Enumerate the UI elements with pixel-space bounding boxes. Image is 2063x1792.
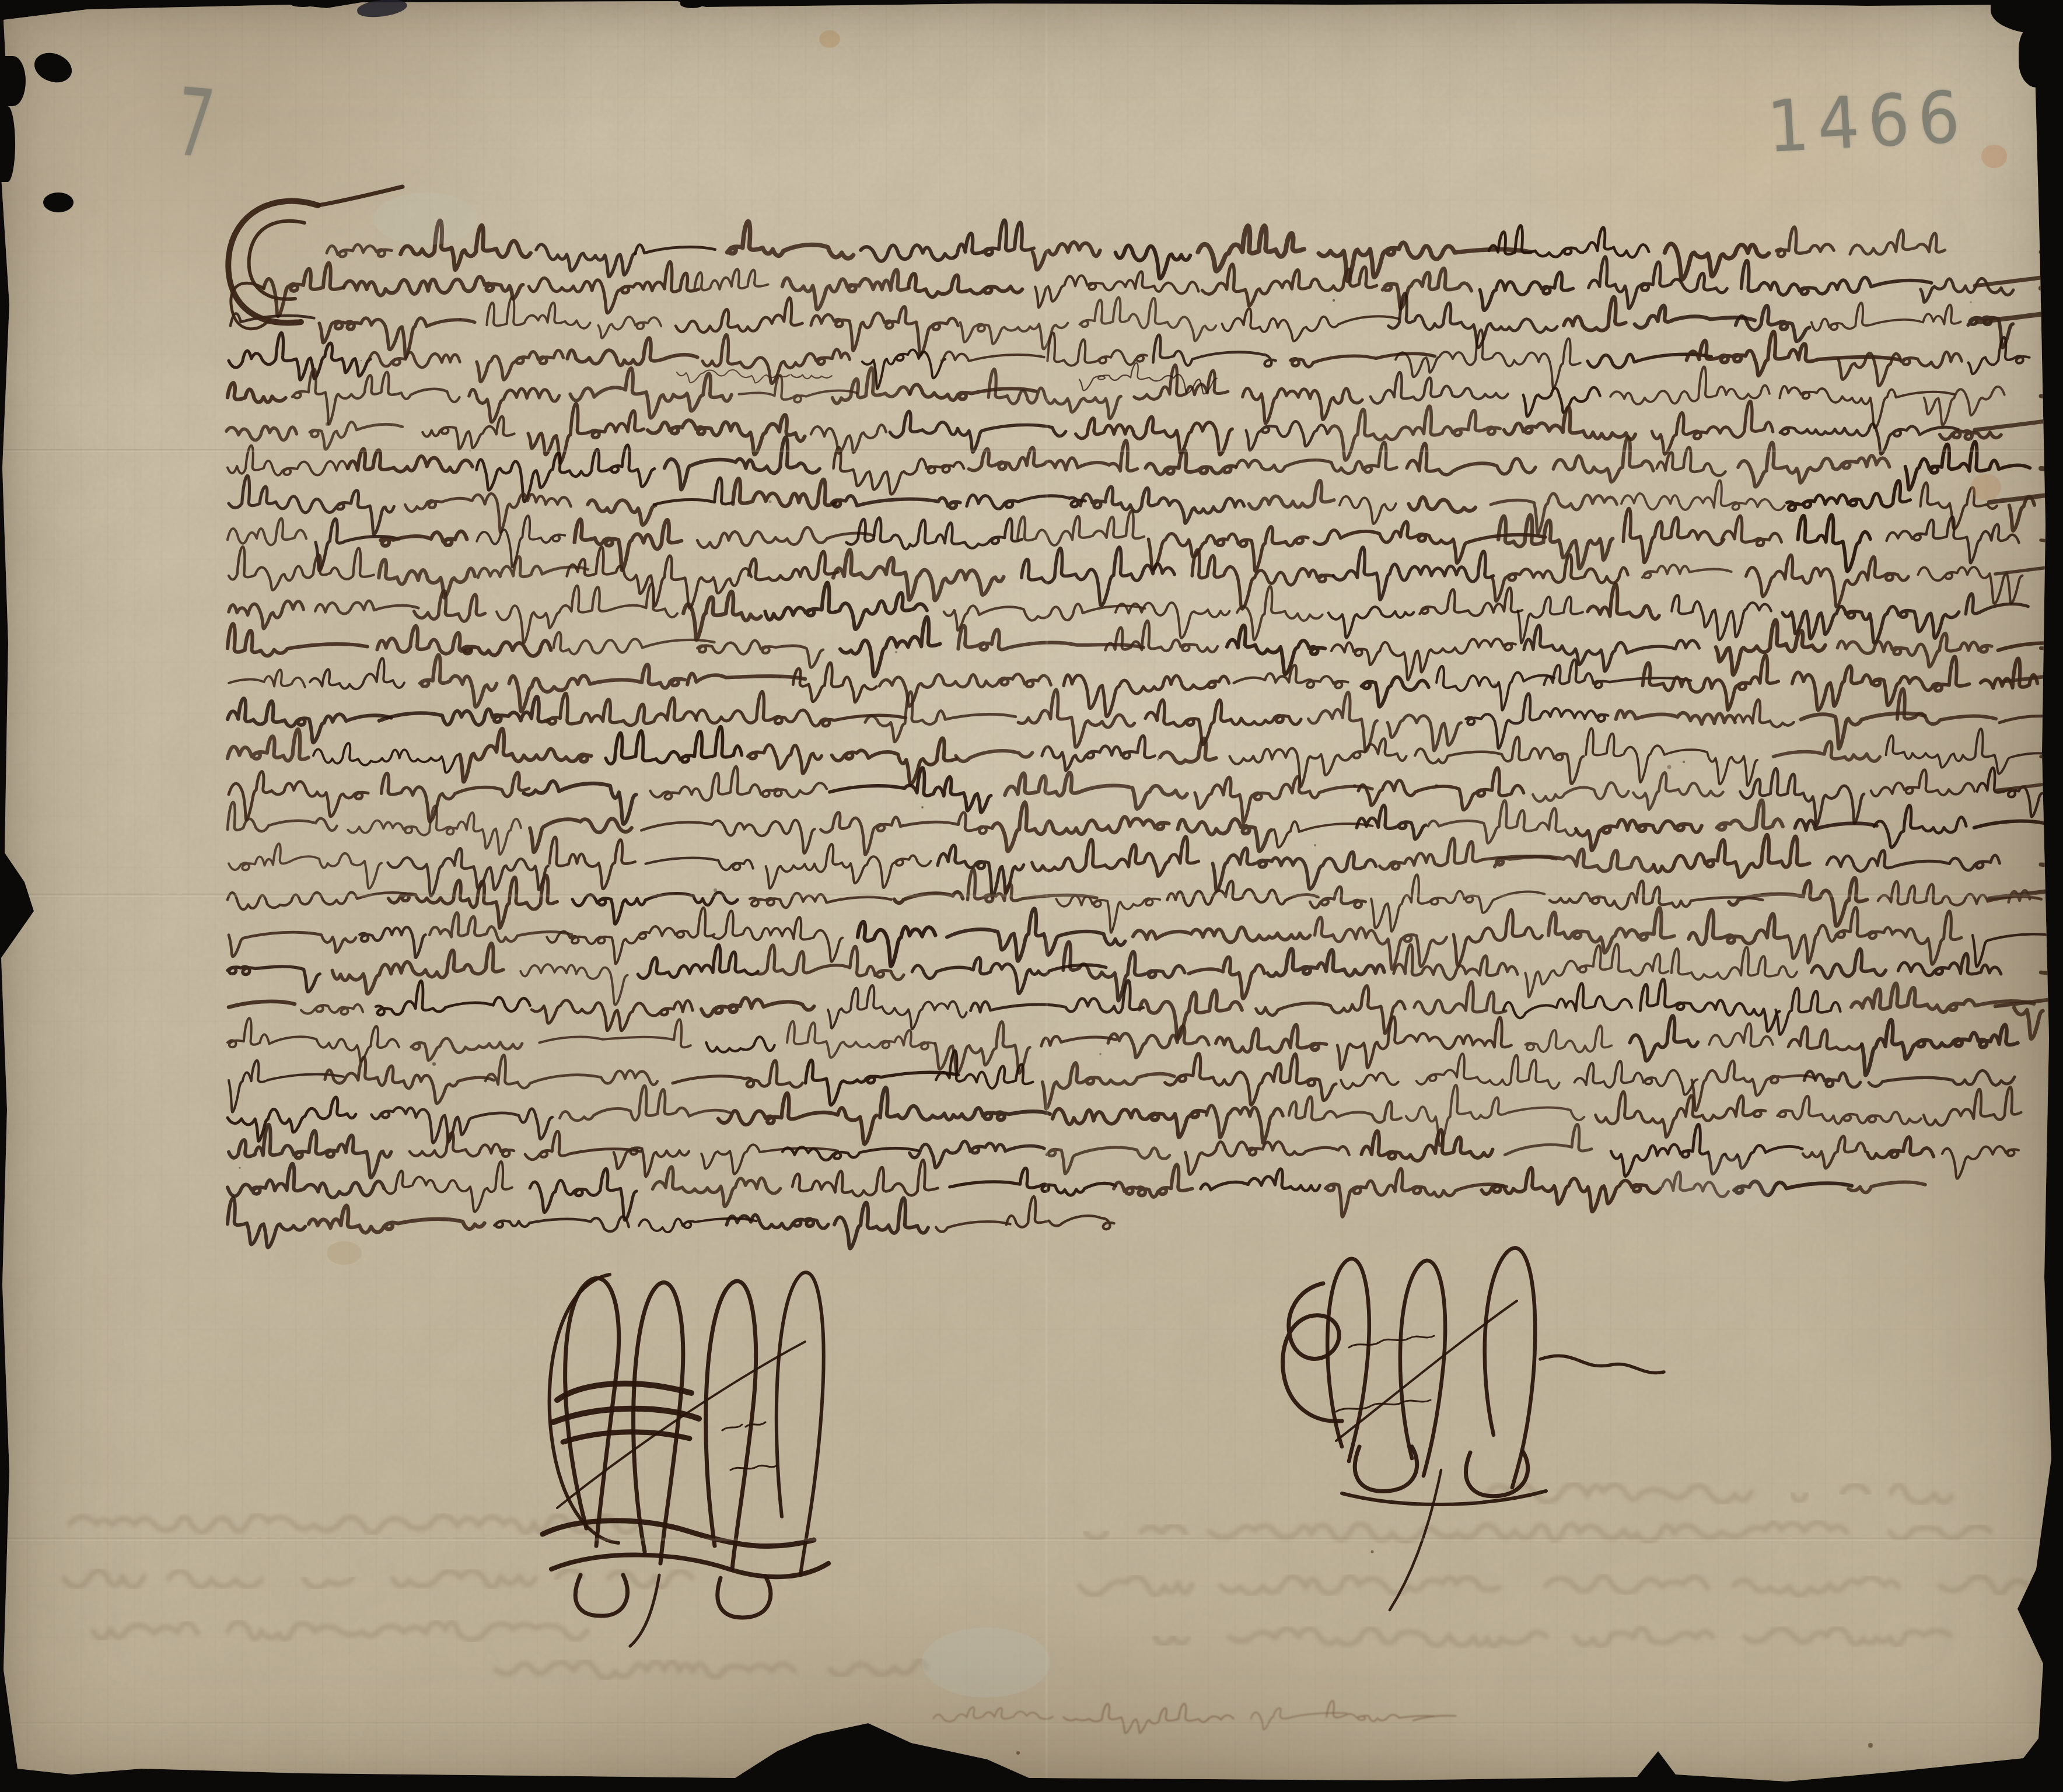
handwriting-layer — [0, 0, 2063, 1792]
manuscript-page: 7 1466 — [0, 0, 2063, 1792]
scan-background: 7 1466 — [0, 0, 2063, 1792]
tear-hole — [0, 0, 69, 15]
